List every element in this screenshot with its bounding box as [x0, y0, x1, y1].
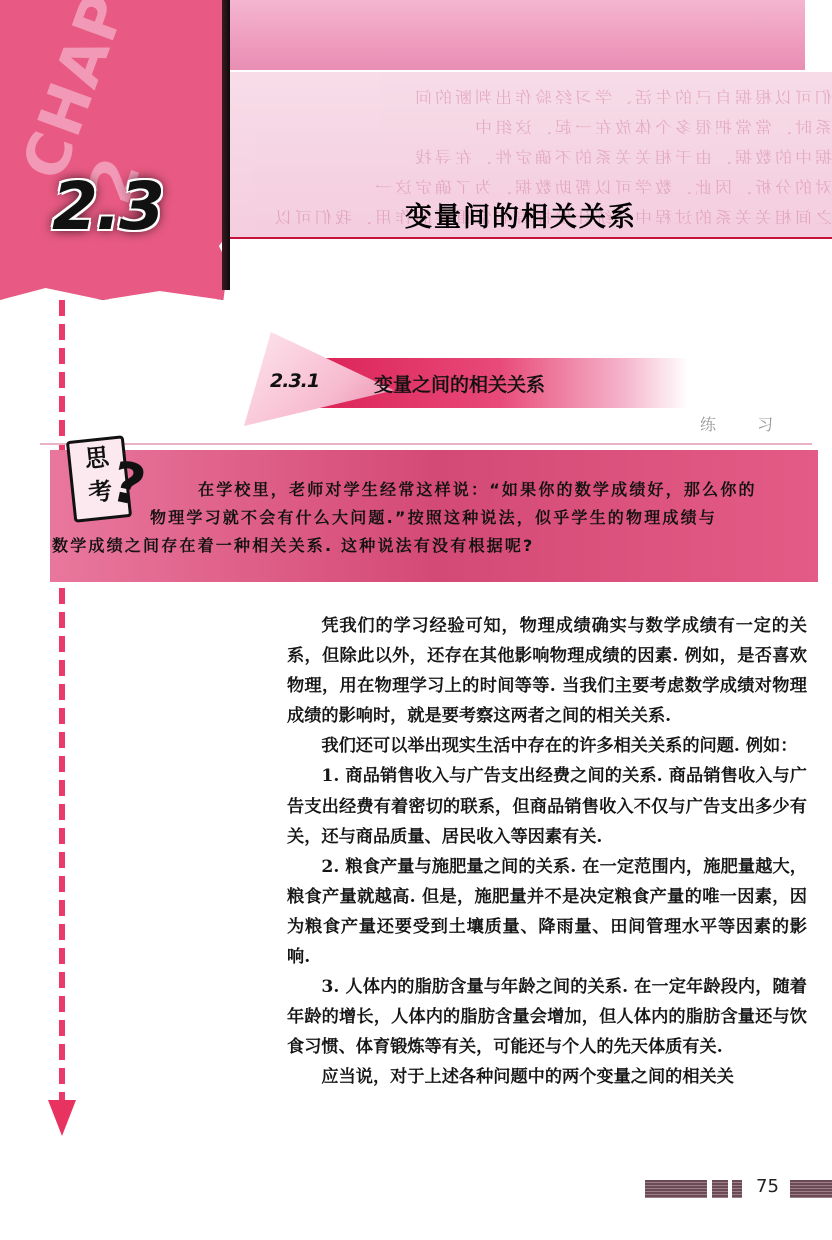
paragraph-item-1: 1. 商品销售收入与广告支出经费之间的关系. 商品销售收入与广告支出经费有着密切…	[287, 761, 807, 851]
dashed-guide-line	[59, 300, 65, 1100]
chapter-edge-shadow	[222, 0, 230, 290]
think-line: 在学校里，老师对学生经常这样说：“如果你的数学成绩好，那么你的	[50, 476, 810, 504]
subsection-number: 2.3.1	[270, 370, 319, 392]
think-line: 物理学习就不会有什么大问题.”按照这种说法，似乎学生的物理成绩与	[50, 504, 810, 532]
footer-bar	[790, 1180, 832, 1198]
think-line: 数学成绩之间存在着一种相关关系. 这种说法有没有根据呢?	[50, 532, 810, 560]
paragraph-item-3: 3. 人体内的脂肪含量与年龄之间的关系. 在一定年龄段内，随着年龄的增长，人体内…	[287, 972, 807, 1062]
think-question-text: 在学校里，老师对学生经常这样说：“如果你的数学成绩好，那么你的 物理学习就不会有…	[50, 476, 810, 560]
ghost-line: 对的分析，因此，数学可以帮助数据，为了确定这一	[228, 174, 832, 194]
chapter-block: CHAPTER 2	[0, 0, 228, 300]
subsection-title: 变量之间的相关关系	[374, 370, 545, 397]
header-band-gap	[805, 0, 832, 70]
think-box-rule	[40, 443, 812, 445]
footer-bar	[712, 1180, 728, 1198]
footer-bar	[645, 1180, 707, 1198]
section-number: 2.3	[52, 168, 163, 245]
header-band	[215, 0, 805, 70]
paragraph: 应当说，对于上述各种问题中的两个变量之间的相关关	[287, 1062, 807, 1092]
paragraph-item-2: 2. 粮食产量与施肥量之间的关系. 在一定范围内，施肥量越大，粮食产量就越高. …	[287, 852, 807, 972]
page-number: 75	[756, 1176, 779, 1197]
paragraph: 我们还可以举出现实生活中存在的许多相关关系的问题. 例如：	[287, 731, 807, 761]
paragraph: 凭我们的学习经验可知，物理成绩确实与数学成绩有一定的关系，但除此以外，还存在其他…	[287, 611, 807, 731]
ghost-line: 们可以根据自己的生活、学习经验作出判断的问	[228, 84, 832, 104]
ghost-line: 据中的数据，由于相关关系的不确定性，在寻找	[228, 144, 832, 164]
ghost-line: 系时，常常把很多个体放在一起，这组中	[228, 114, 832, 134]
arrow-down-icon	[48, 1100, 76, 1136]
section-title: 变量间的相关关系	[405, 195, 637, 234]
title-rule	[230, 237, 832, 239]
footer-bar	[732, 1180, 742, 1198]
ghost-practice-label: 练 习	[700, 412, 791, 435]
body-text: 凭我们的学习经验可知，物理成绩确实与数学成绩有一定的关系，但除此以外，还存在其他…	[287, 611, 807, 1093]
